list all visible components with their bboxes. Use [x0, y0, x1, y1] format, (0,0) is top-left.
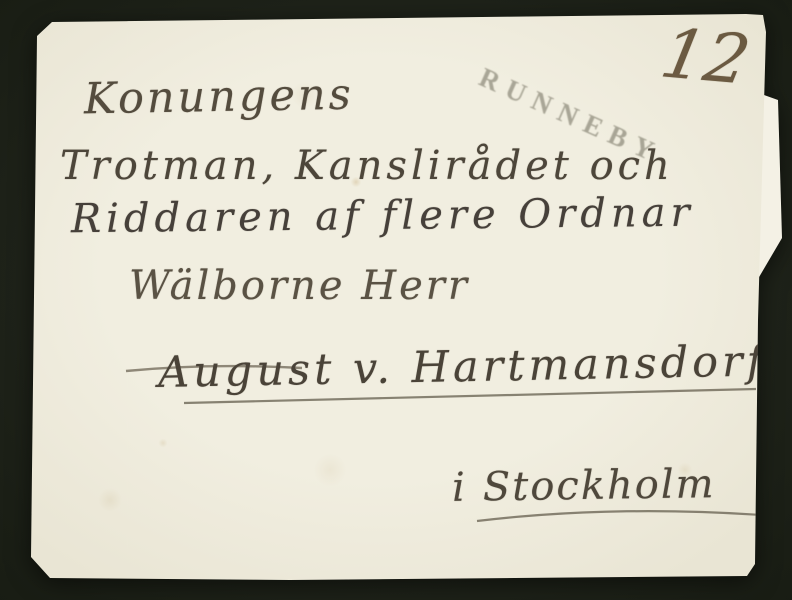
- destination-prefix: i: [452, 465, 467, 511]
- address-line-recipient-title-2: Trotman, Kanslirådet och: [60, 146, 674, 186]
- address-line-recipient-name: August v. Hartmansdorff: [158, 340, 787, 395]
- letter-cover: RUNNEBY 12 Konungens Trotman, Kansliråde…: [0, 0, 792, 600]
- rate-marking: 12: [656, 21, 755, 96]
- address-line-recipient-title-1: Konungens: [84, 74, 354, 122]
- address-line-destination: iStockholm: [452, 464, 716, 508]
- photo-background: RUNNEBY 12 Konungens Trotman, Kansliråde…: [0, 0, 792, 600]
- destination-underline: [477, 511, 761, 521]
- address-line-honorific: Wälborne Herr: [129, 266, 470, 306]
- letter-cover-wrapper: RUNNEBY 12 Konungens Trotman, Kansliråde…: [0, 0, 792, 600]
- address-line-recipient-title-3: Riddaren af flere Ordnar: [71, 193, 695, 240]
- destination-city: Stockholm: [482, 461, 715, 510]
